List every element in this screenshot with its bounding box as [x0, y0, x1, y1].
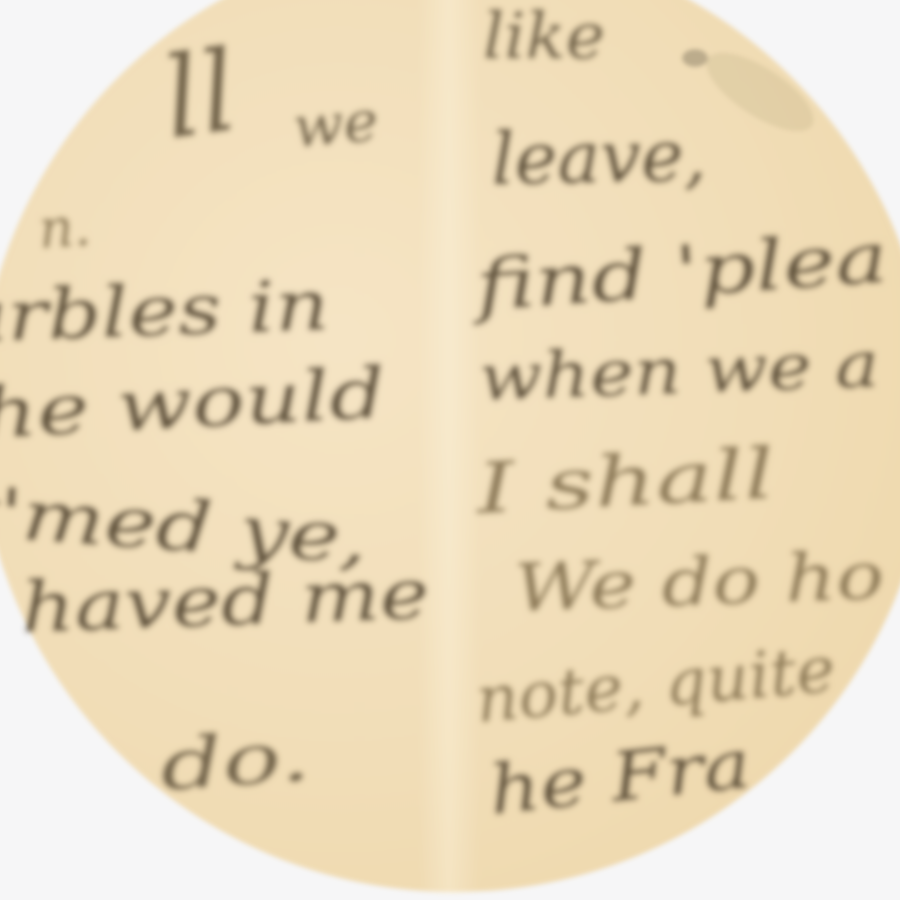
- handwriting-fragment: leave,: [491, 113, 707, 201]
- avatar-image: ll we n. arbles in he would t'med ye, ha…: [0, 0, 900, 900]
- paper-stain: [682, 49, 708, 67]
- handwriting-fragment: We do ho: [513, 537, 885, 627]
- paper-fold-highlight: [418, 0, 480, 895]
- handwriting-fragment: like: [483, 0, 605, 74]
- handwriting-fragment: haved me: [20, 553, 431, 649]
- handwriting-fragment: I shall: [472, 432, 777, 530]
- handwriting-fragment: arbles in: [0, 264, 330, 359]
- handwriting-fragment: n.: [37, 194, 93, 260]
- handwriting-fragment: when we a: [478, 328, 880, 416]
- handwriting-fragment: we: [291, 89, 381, 161]
- handwriting-fragment: do.: [157, 715, 312, 807]
- letter-photo: ll we n. arbles in he would t'med ye, ha…: [0, 0, 900, 895]
